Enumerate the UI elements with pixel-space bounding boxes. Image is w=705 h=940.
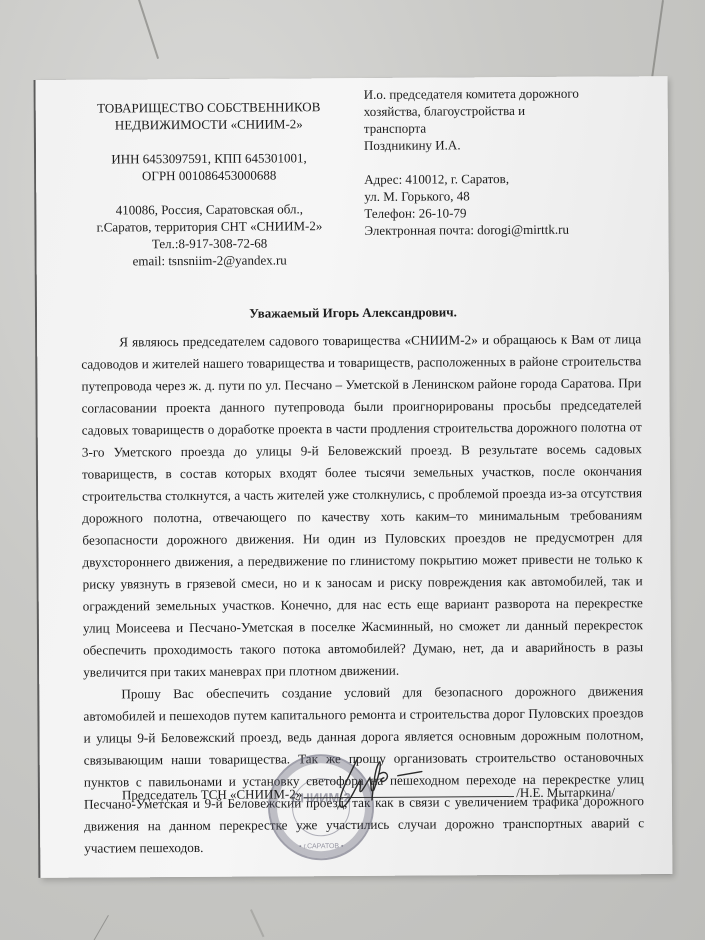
recipient-block: И.о. председателя комитета дорожного хоз… <box>364 84 645 239</box>
sender-address-line1: 410086, Россия, Саратовская обл., <box>84 200 334 219</box>
handwritten-signature-icon <box>330 749 440 820</box>
sender-email: email: tsnsniim-2@yandex.ru <box>85 251 335 270</box>
marble-vein <box>250 909 264 937</box>
recipient-position-line3: транспорта <box>364 118 644 137</box>
body-paragraph-1: Я являюсь председателем садового товарищ… <box>81 328 643 683</box>
sender-org-line2: НЕДВИЖИМОСТИ «СНИИМ-2» <box>84 115 334 134</box>
stamp-bottom-text: • г.САРАТОВ • <box>270 843 372 851</box>
sender-ids-line1: ИНН 6453097591, КПП 645301001, <box>84 149 334 168</box>
recipient-position-line1: И.о. председателя комитета дорожного <box>364 84 644 103</box>
recipient-phone: Телефон: 26-10-79 <box>364 203 644 222</box>
sender-ids-line2: ОГРН 001086453000688 <box>84 166 334 185</box>
sender-block: ТОВАРИЩЕСТВО СОБСТВЕННИКОВ НЕДВИЖИМОСТИ … <box>84 98 335 270</box>
salutation: Уважаемый Игорь Александрович. <box>37 303 669 323</box>
sender-address-line2: г.Саратов, территория СНТ «СНИИМ-2» <box>84 217 334 236</box>
recipient-address-line2: ул. М. Горького, 48 <box>364 186 644 205</box>
recipient-email: Электронная почта: dorogi@mirttk.ru <box>364 220 644 239</box>
sender-phone: Тел.:8-917-308-72-68 <box>85 234 335 253</box>
marble-vein <box>138 0 159 59</box>
letter-sheet: ТОВАРИЩЕСТВО СОБСТВЕННИКОВ НЕДВИЖИМОСТИ … <box>36 76 673 878</box>
signatory-title: Председатель ТСН «СНИИМ-2» <box>122 786 302 802</box>
sender-org-line1: ТОВАРИЩЕСТВО СОБСТВЕННИКОВ <box>84 98 334 117</box>
recipient-position-line2: хозяйства, благоустройства и <box>364 101 644 120</box>
marble-vein <box>93 915 109 940</box>
recipient-name: Поздникину И.А. <box>364 135 644 154</box>
signatory-name: /Н.Е. Мытаркина/ <box>516 784 615 800</box>
recipient-address-line1: Адрес: 410012, г. Саратов, <box>364 169 644 188</box>
